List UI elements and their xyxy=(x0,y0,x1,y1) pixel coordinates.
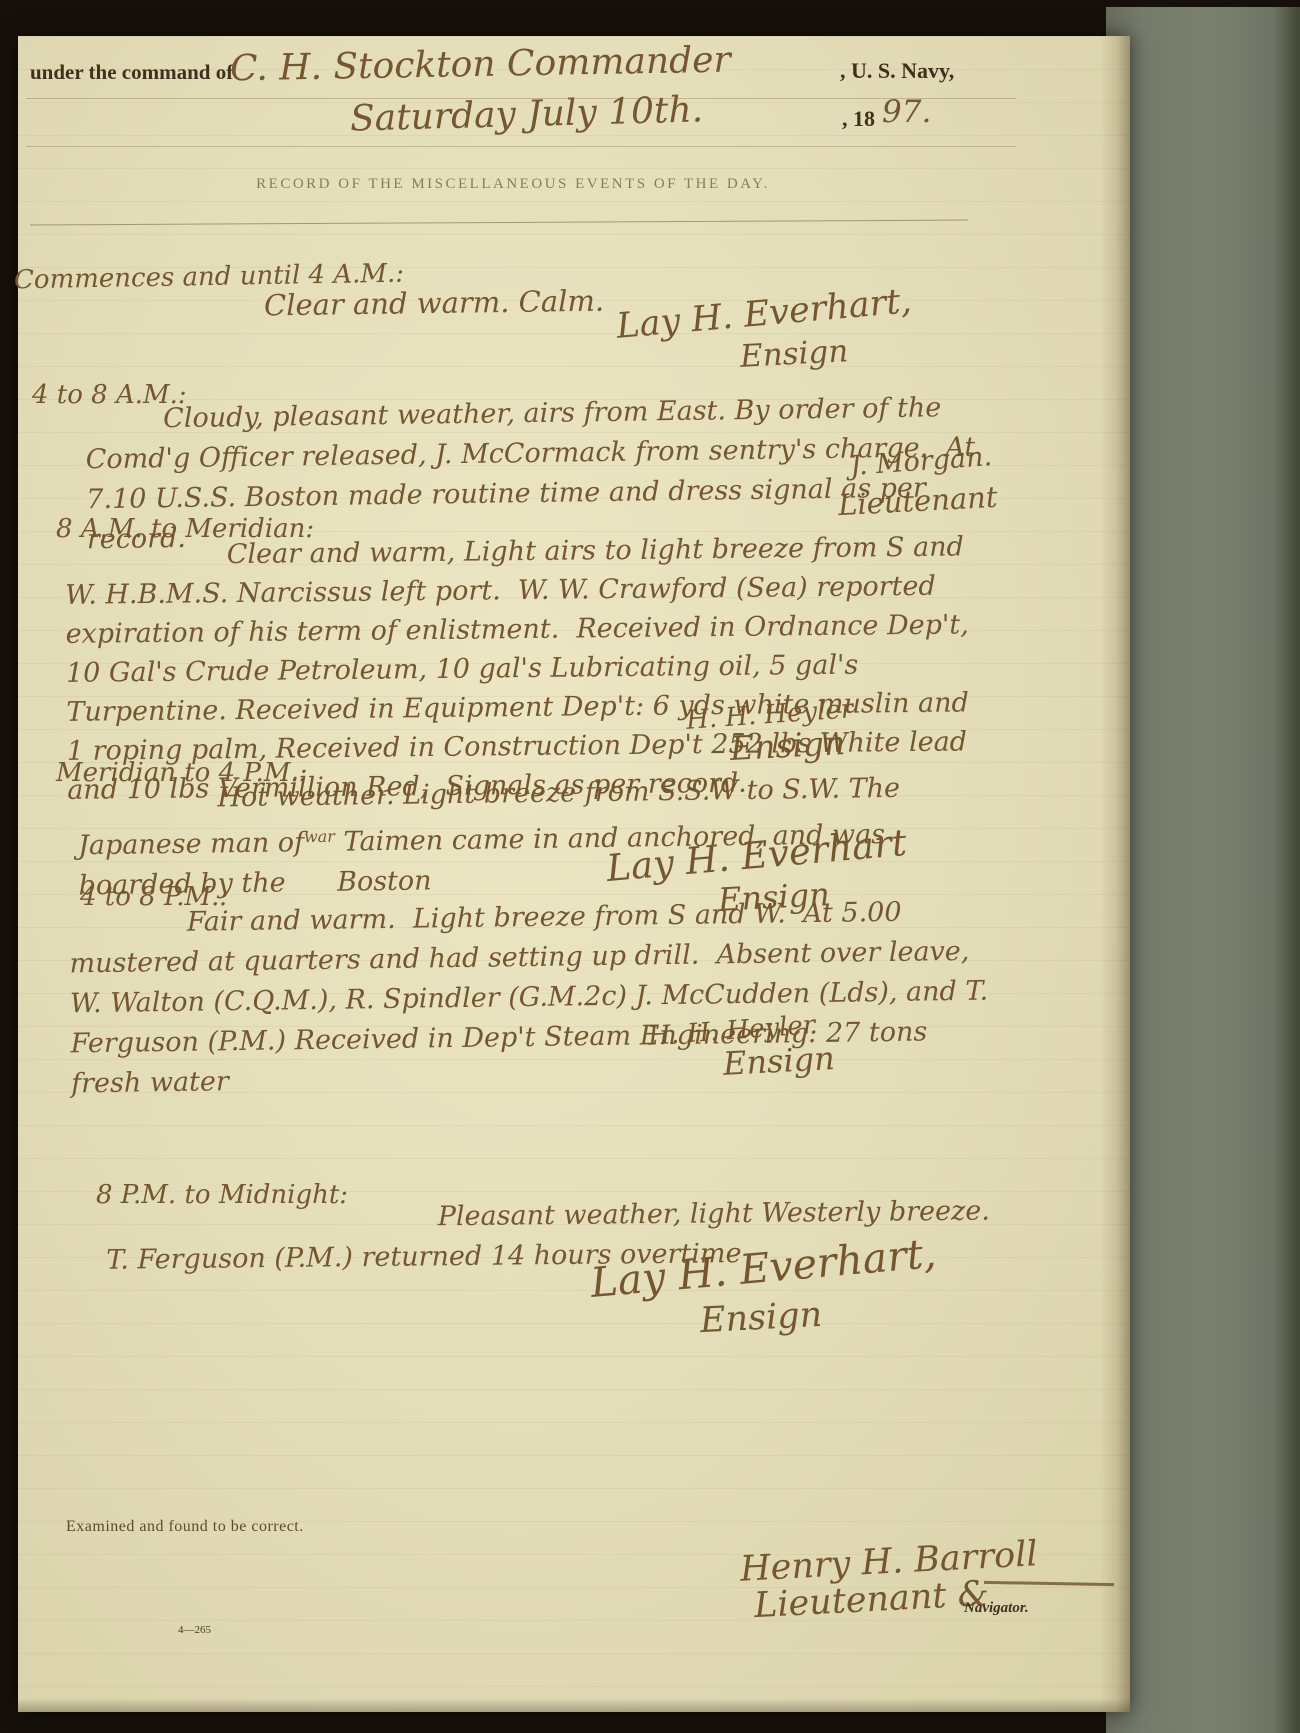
entry-body: Fair and warm. Light breeze from S and W… xyxy=(69,892,992,1105)
printed-command-label: under the command of xyxy=(30,60,233,85)
printed-year-prefix: , 18 xyxy=(842,106,875,132)
header-rule-2 xyxy=(26,146,1016,147)
date-handwritten: Saturday July 10th. xyxy=(350,89,704,139)
printed-us-navy-label: , U. S. Navy, xyxy=(840,58,954,84)
entry-body: Clear and warm. Calm. xyxy=(264,284,605,323)
signature-rank: Ensign xyxy=(739,333,849,375)
form-number: 4—265 xyxy=(178,1624,211,1636)
printed-navigator-label: Navigator. xyxy=(964,1600,1029,1617)
header-rule-1 xyxy=(26,98,1016,99)
commander-name-handwritten: C. H. Stockton Commander xyxy=(230,40,731,90)
book-backing-cloth xyxy=(1106,7,1300,1733)
title-divider-rule xyxy=(30,220,968,226)
examined-statement: Examined and found to be correct. xyxy=(66,1518,304,1536)
signature-flourish xyxy=(984,1581,1114,1586)
year-handwritten: 97. xyxy=(882,94,931,130)
inserted-word: war xyxy=(304,827,335,846)
log-sheet: under the command of C. H. Stockton Comm… xyxy=(18,36,1130,1712)
record-title: RECORD OF THE MISCELLANEOUS EVENTS OF TH… xyxy=(18,176,1008,193)
scanned-log-page: { "colors": { "ink": "#74562f", "printed… xyxy=(0,0,1300,1733)
signature-rank: Ensign xyxy=(699,1295,823,1341)
signature-rank: Ensign xyxy=(729,723,846,768)
signature-rank: Ensign xyxy=(722,1039,836,1083)
